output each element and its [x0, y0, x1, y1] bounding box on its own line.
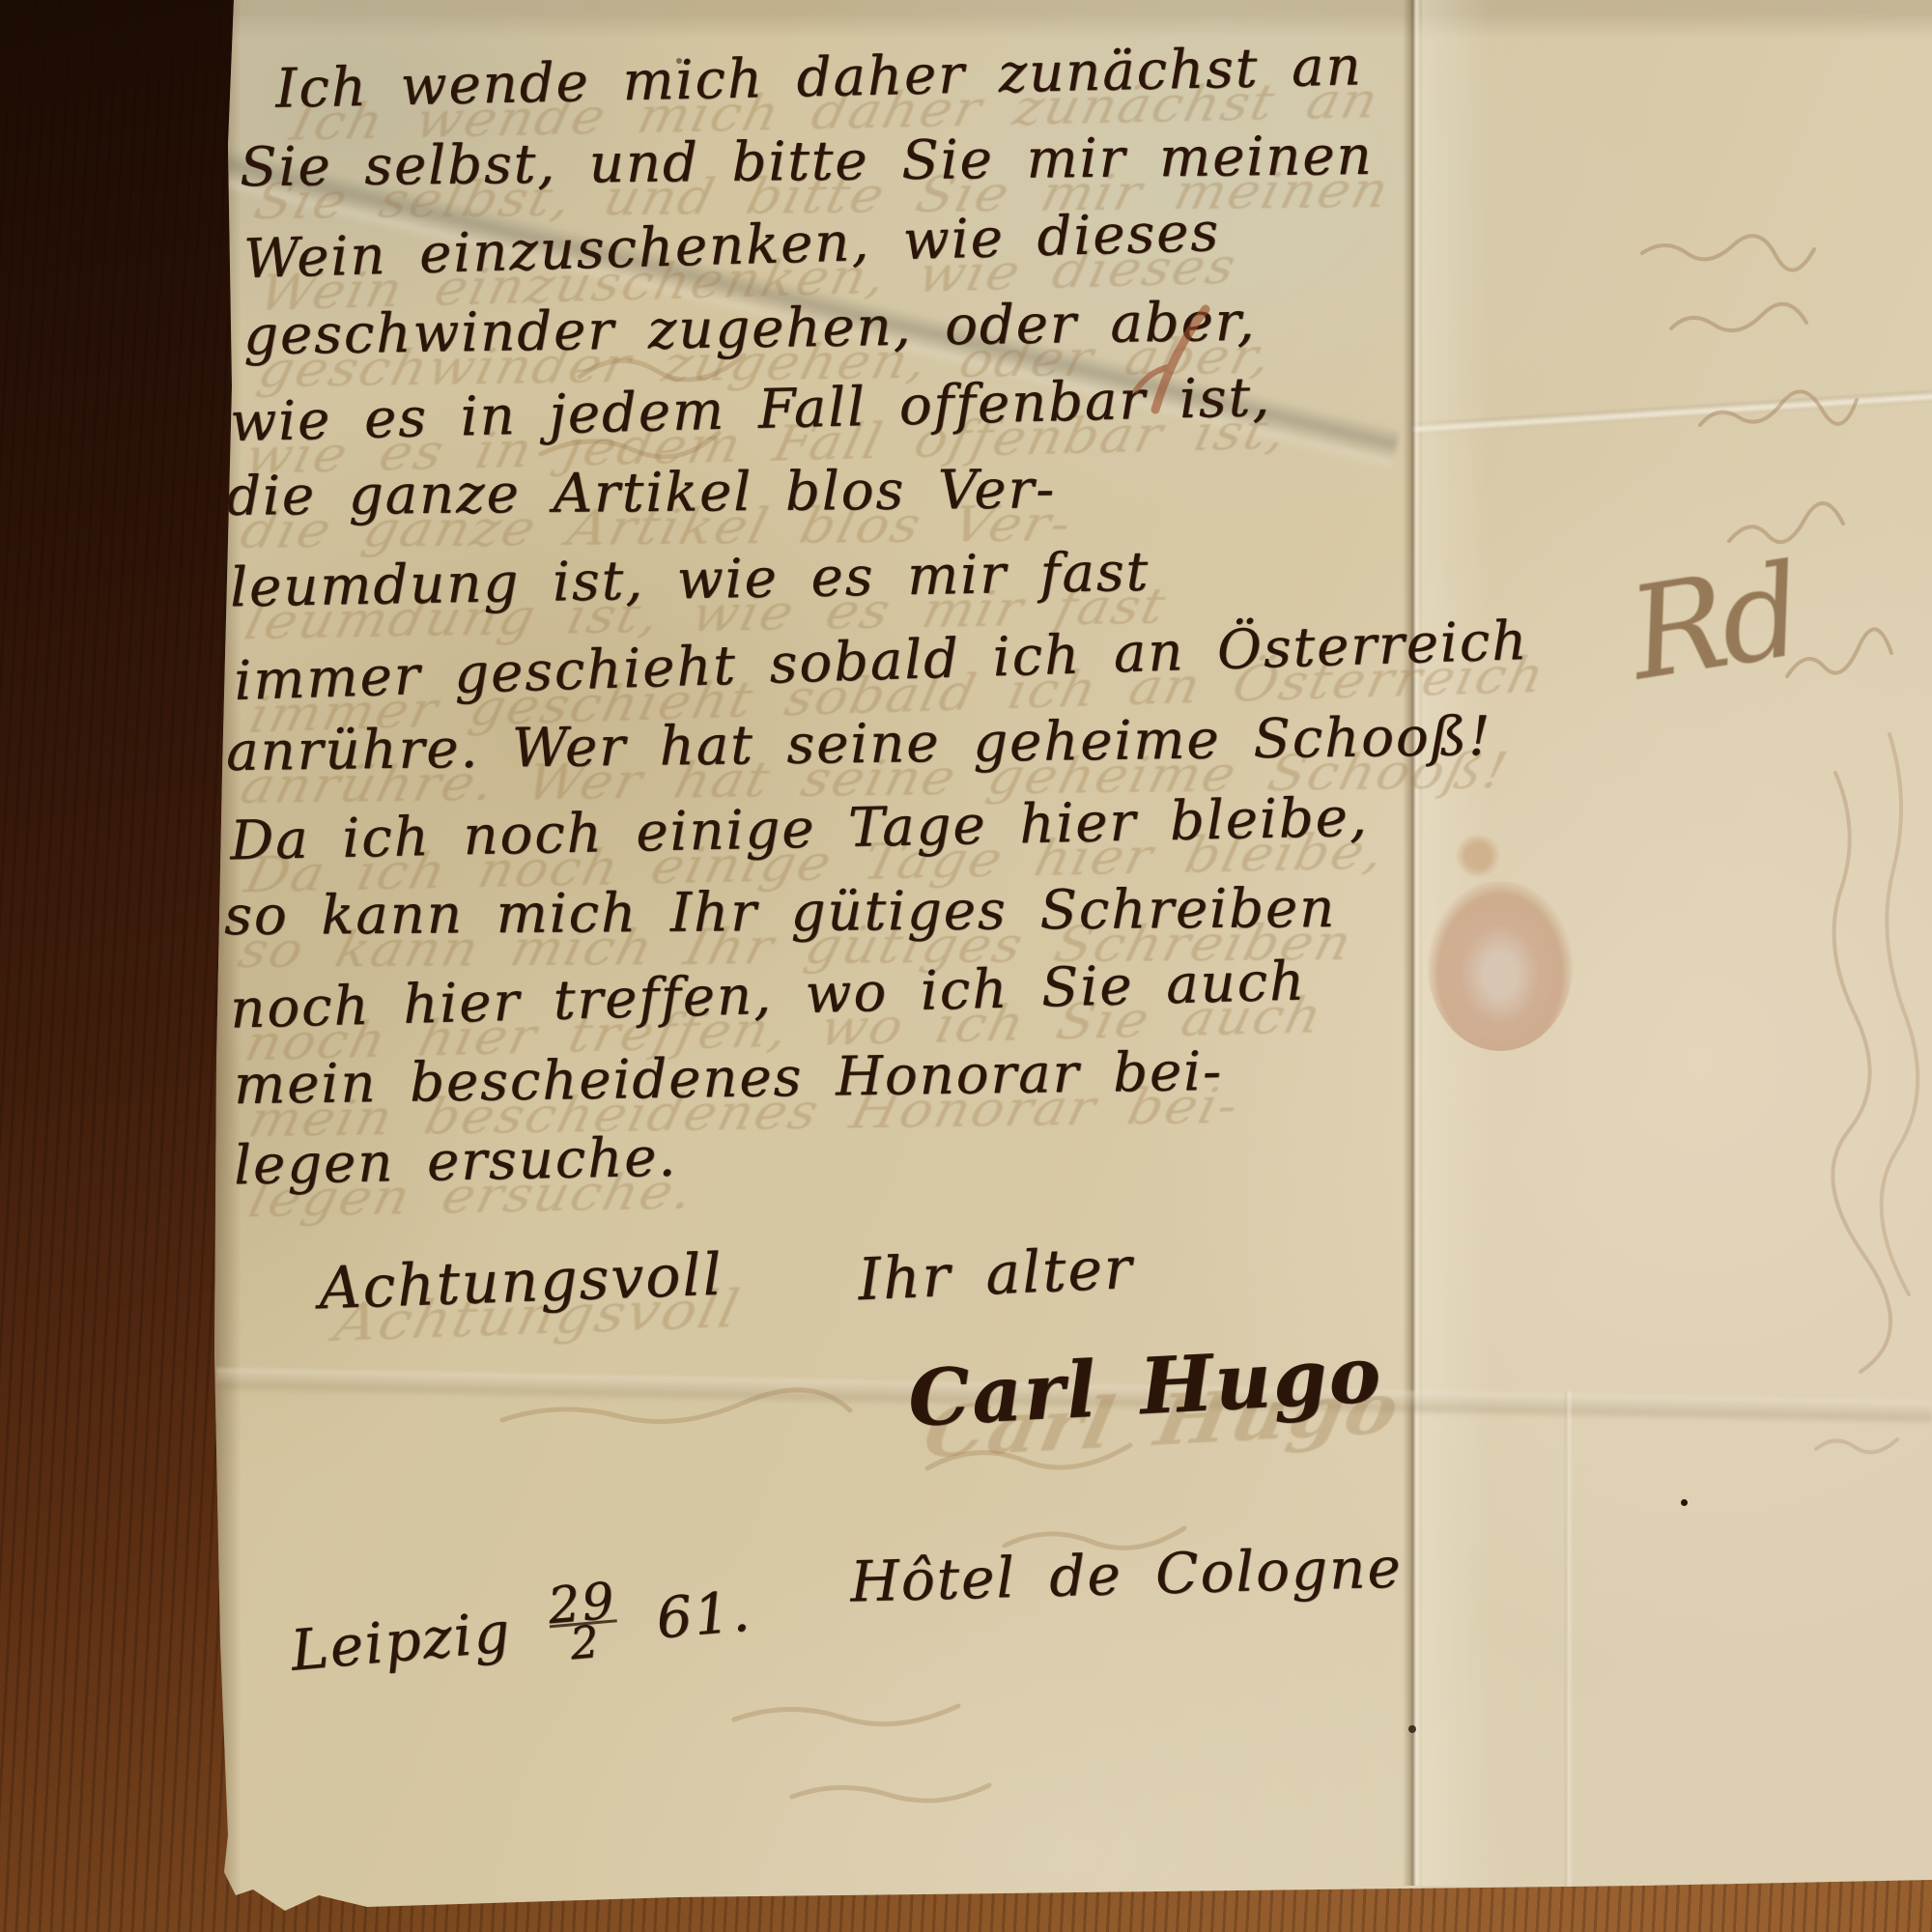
bleedthrough-strokes	[0, 0, 1932, 1932]
letter-photograph: { "letter": { "body_lines": [ "Ich wende…	[0, 0, 1932, 1932]
letter-paper: Ich wende mich daher zunächst an Ich wen…	[0, 0, 1932, 1932]
